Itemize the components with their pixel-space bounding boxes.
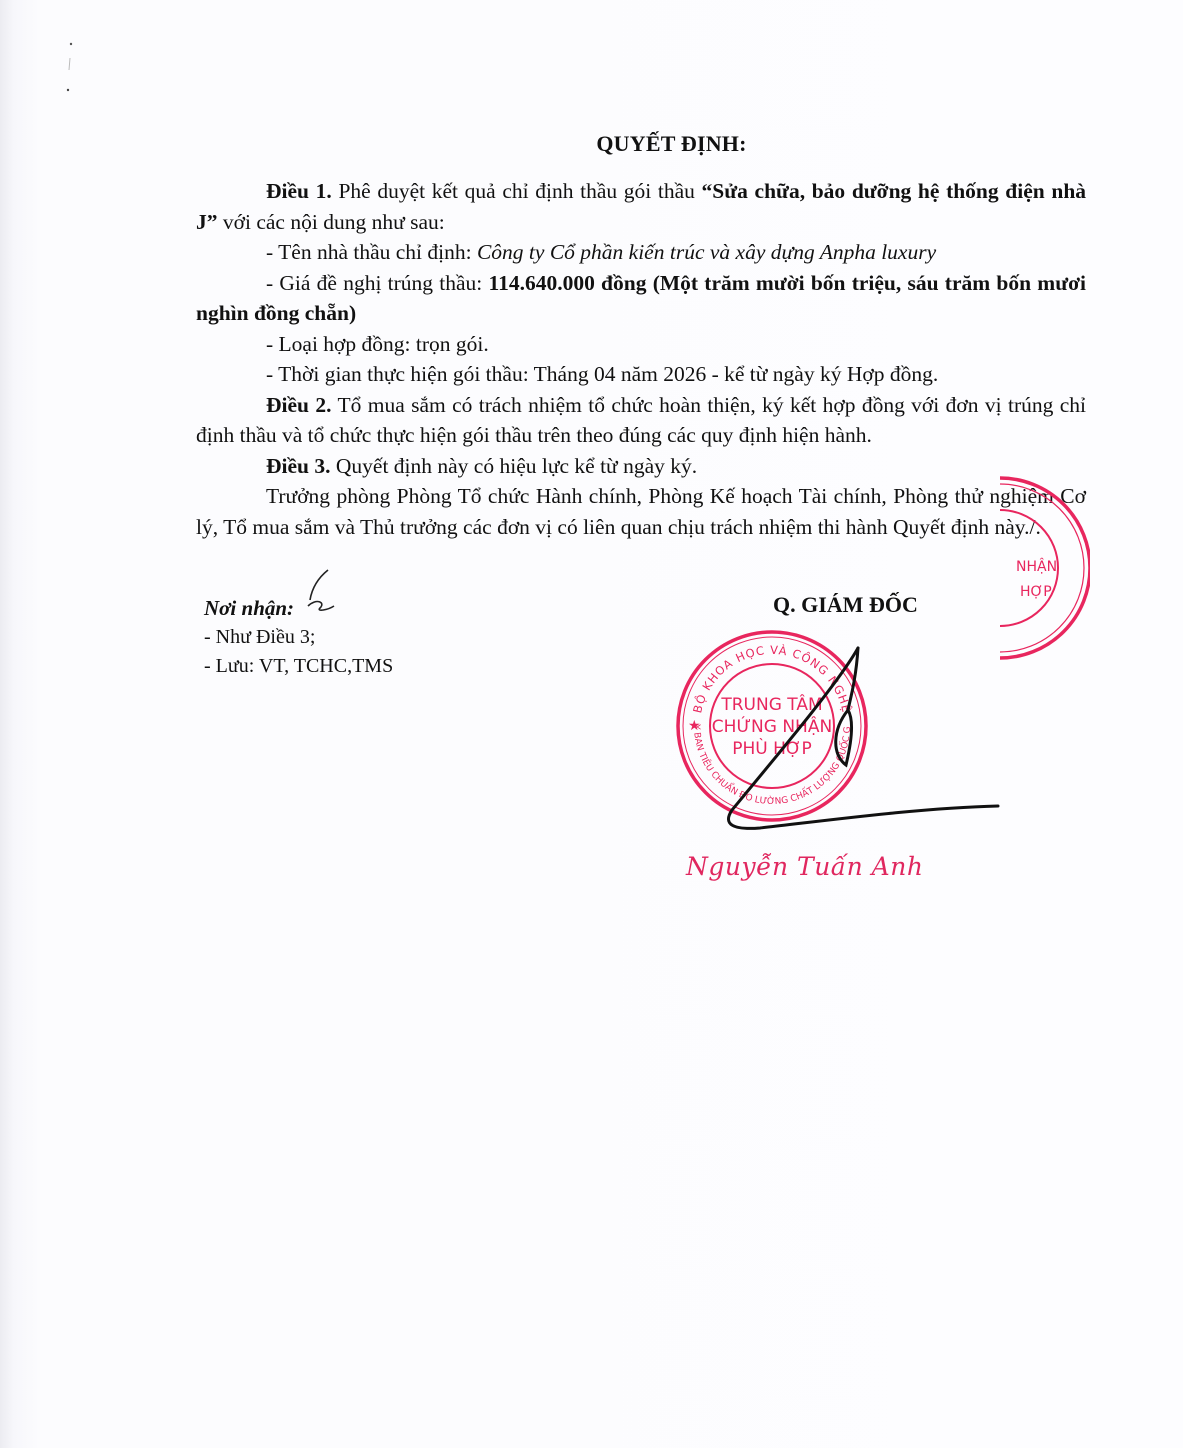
article-2: Điều 2. Tổ mua sắm có trách nhiệm tổ chứ… <box>196 390 1086 451</box>
edge-stamp-text: NHẬN <box>1016 557 1057 575</box>
article-3-label: Điều 3. <box>266 454 331 478</box>
handwritten-signature <box>720 640 1010 840</box>
article-1-label: Điều 1. <box>266 179 332 203</box>
duration-line: - Thời gian thực hiện gói thầu: Tháng 04… <box>196 359 1086 390</box>
star-icon: ★ <box>688 718 701 734</box>
recipient-item: - Lưu: VT, TCHC,TMS <box>204 652 393 681</box>
price-label: - Giá đề nghị trúng thầu: <box>266 271 482 295</box>
document-body: Điều 1. Phê duyệt kết quả chỉ định thầu … <box>196 176 1086 542</box>
contractor-value: Công ty Cổ phần kiến trúc và xây dựng An… <box>477 240 936 264</box>
contractor-label: - Tên nhà thầu chỉ định: <box>266 240 472 264</box>
article-1-text-after: với các nội dung như sau: <box>223 210 445 234</box>
article-3-text: Quyết định này có hiệu lực kể từ ngày ký… <box>336 454 697 478</box>
article-3: Điều 3. Quyết định này có hiệu lực kể từ… <box>196 451 1086 482</box>
contractor-line: - Tên nhà thầu chỉ định: Công ty Cổ phần… <box>196 237 1086 268</box>
article-1: Điều 1. Phê duyệt kết quả chỉ định thầu … <box>196 176 1086 237</box>
contract-type-line: - Loại hợp đồng: trọn gói. <box>196 329 1086 360</box>
initials-scribble <box>298 568 348 618</box>
document-page: QUYẾT ĐỊNH: Điều 1. Phê duyệt kết quả ch… <box>0 0 1183 1448</box>
document-title: QUYẾT ĐỊNH: <box>0 131 1183 157</box>
signer-title: Q. GIÁM ĐỐC <box>773 592 918 618</box>
price-line: - Giá đề nghị trúng thầu: 114.640.000 đồ… <box>196 268 1086 329</box>
scan-artifact-mark <box>64 40 74 100</box>
edge-stamp: NHẬN HỢP <box>960 468 1090 668</box>
signer-name: Nguyễn Tuấn Anh <box>686 852 923 881</box>
edge-stamp-text: HỢP <box>1020 584 1052 600</box>
responsibility-paragraph: Trưởng phòng Phòng Tổ chức Hành chính, P… <box>196 481 1086 542</box>
recipient-item: - Như Điều 3; <box>204 623 393 652</box>
article-1-text: Phê duyệt kết quả chỉ định thầu gói thầu <box>338 179 694 203</box>
article-2-label: Điều 2. <box>266 393 332 417</box>
